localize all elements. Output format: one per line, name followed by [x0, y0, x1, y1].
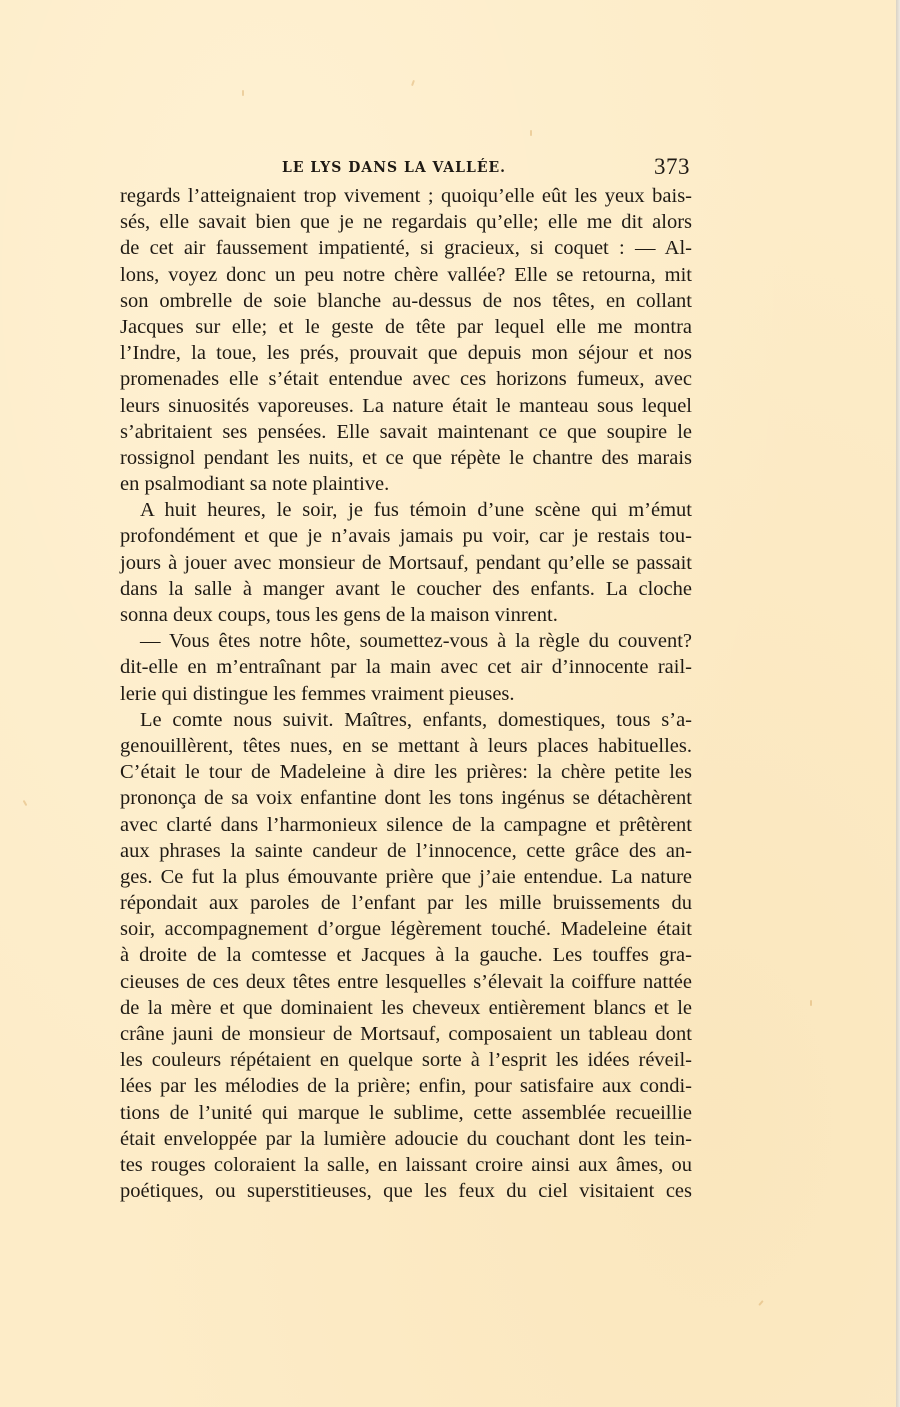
text-line: tes rouges coloraient la salle, en laiss… — [120, 1152, 692, 1178]
text-line-content: dit-elle en m’entraînant par la main ave… — [120, 654, 692, 680]
text-line-content: sonna deux coups, tous les gens de la ma… — [120, 602, 692, 628]
text-line-content: était enveloppée par la lumière adoucie … — [120, 1126, 692, 1152]
text-line-content: leurs sinuosités vaporeuses. La nature é… — [120, 393, 692, 419]
text-line: promenades elle s’était entendue avec ce… — [120, 366, 692, 392]
text-line-content: de cet air faussement impatienté, si gra… — [120, 235, 692, 261]
text-line-content: aux phrases la sainte candeur de l’innoc… — [120, 838, 692, 864]
text-line-content: regards l’atteignaient trop vivement ; q… — [120, 183, 692, 209]
text-line: à droite de la comtesse et Jacques à la … — [120, 942, 692, 968]
text-line: rossignol pendant les nuits, et ce que r… — [120, 445, 692, 471]
text-line-content: prononça de sa voix enfantine dont les t… — [120, 785, 692, 811]
text-line: tions de l’unité qui marque le sublime, … — [120, 1100, 692, 1126]
text-line: de cet air faussement impatienté, si gra… — [120, 235, 692, 261]
text-line: soir, accompagnement d’orgue légèrement … — [120, 916, 692, 942]
text-line: — Vous êtes notre hôte, soumettez-vous à… — [120, 628, 692, 654]
text-line-content: Le comte nous suivit. Maîtres, enfants, … — [140, 707, 692, 733]
text-line: genouillèrent, têtes nues, en se mettant… — [120, 733, 692, 759]
text-line: lées par les mélodies de la prière; enfi… — [120, 1073, 692, 1099]
text-line: lons, voyez donc un peu notre chère vall… — [120, 262, 692, 288]
text-line: prononça de sa voix enfantine dont les t… — [120, 785, 692, 811]
text-line: avec clarté dans l’harmonieux silence de… — [120, 812, 692, 838]
text-line-content: A huit heures, le soir, je fus témoin d’… — [140, 497, 692, 523]
text-line-content: avec clarté dans l’harmonieux silence de… — [120, 812, 692, 838]
text-line-content: crâne jauni de monsieur de Mortsauf, com… — [120, 1021, 692, 1047]
text-line-content: C’était le tour de Madeleine à dire les … — [120, 759, 692, 785]
text-line: C’était le tour de Madeleine à dire les … — [120, 759, 692, 785]
text-line: de la mère et que dominaient les cheveux… — [120, 995, 692, 1021]
paper-fleck — [411, 80, 415, 86]
text-line-content: cieuses de ces deux têtes entre lesquell… — [120, 969, 692, 995]
text-line-content: jours à jouer avec monsieur de Mortsauf,… — [120, 550, 692, 576]
text-line: aux phrases la sainte candeur de l’innoc… — [120, 838, 692, 864]
text-line-content: genouillèrent, têtes nues, en se mettant… — [120, 733, 692, 759]
text-line: dit-elle en m’entraînant par la main ave… — [120, 654, 692, 680]
text-line: était enveloppée par la lumière adoucie … — [120, 1126, 692, 1152]
page-number: 373 — [654, 154, 690, 180]
book-page: LE LYS DANS LA VALLÉE. 373 regards l’att… — [0, 0, 896, 1407]
text-line-content: Jacques sur elle; et le geste de tête pa… — [120, 314, 692, 340]
text-line-content: sés, elle savait bien que je ne regardai… — [120, 209, 692, 235]
text-line-content: dans la salle à manger avant le coucher … — [120, 576, 692, 602]
text-line-content: lées par les mélodies de la prière; enfi… — [120, 1073, 692, 1099]
text-line-content: en psalmodiant sa note plaintive. — [120, 471, 692, 497]
text-line: crâne jauni de monsieur de Mortsauf, com… — [120, 1021, 692, 1047]
text-line-content: soir, accompagnement d’orgue légèrement … — [120, 916, 692, 942]
text-line-content: lerie qui distingue les femmes vraiment … — [120, 681, 692, 707]
text-line: Le comte nous suivit. Maîtres, enfants, … — [120, 707, 692, 733]
paper-fleck — [810, 1000, 812, 1006]
text-line: ges. Ce fut la plus émouvante prière que… — [120, 864, 692, 890]
text-line: en psalmodiant sa note plaintive. — [120, 471, 692, 497]
text-line-content: son ombrelle de soie blanche au-dessus d… — [120, 288, 692, 314]
text-line: sonna deux coups, tous les gens de la ma… — [120, 602, 692, 628]
text-line-content: tions de l’unité qui marque le sublime, … — [120, 1100, 692, 1126]
text-line: l’Indre, la toue, les prés, prouvait que… — [120, 340, 692, 366]
paper-fleck — [242, 90, 244, 96]
text-line: dans la salle à manger avant le coucher … — [120, 576, 692, 602]
text-line: regards l’atteignaient trop vivement ; q… — [120, 183, 692, 209]
page-edge — [896, 0, 900, 1407]
text-line-content: promenades elle s’était entendue avec ce… — [120, 366, 692, 392]
text-line: A huit heures, le soir, je fus témoin d’… — [120, 497, 692, 523]
text-line: s’abritaient ses pensées. Elle savait ma… — [120, 419, 692, 445]
text-line: sés, elle savait bien que je ne regardai… — [120, 209, 692, 235]
text-line: jours à jouer avec monsieur de Mortsauf,… — [120, 550, 692, 576]
running-title: LE LYS DANS LA VALLÉE. — [282, 158, 506, 176]
text-line: poétiques, ou superstitieuses, que les f… — [120, 1178, 692, 1204]
body-text: regards l’atteignaient trop vivement ; q… — [120, 183, 692, 1204]
running-head: LE LYS DANS LA VALLÉE. 373 — [120, 156, 692, 180]
text-line-content: l’Indre, la toue, les prés, prouvait que… — [120, 340, 692, 366]
text-line: lerie qui distingue les femmes vraiment … — [120, 681, 692, 707]
text-line-content: s’abritaient ses pensées. Elle savait ma… — [120, 419, 692, 445]
text-line: les couleurs répétaient en quelque sorte… — [120, 1047, 692, 1073]
paper-fleck — [758, 1300, 763, 1306]
text-line-content: — Vous êtes notre hôte, soumettez-vous à… — [140, 628, 692, 654]
text-line-content: lons, voyez donc un peu notre chère vall… — [120, 262, 692, 288]
text-line-content: poétiques, ou superstitieuses, que les f… — [120, 1178, 692, 1204]
text-line: leurs sinuosités vaporeuses. La nature é… — [120, 393, 692, 419]
text-line-content: ges. Ce fut la plus émouvante prière que… — [120, 864, 692, 890]
text-line: son ombrelle de soie blanche au-dessus d… — [120, 288, 692, 314]
text-line: profondément et que je n’avais jamais pu… — [120, 523, 692, 549]
text-line-content: répondait aux paroles de l’enfant par le… — [120, 890, 692, 916]
text-line: cieuses de ces deux têtes entre lesquell… — [120, 969, 692, 995]
text-line-content: de la mère et que dominaient les cheveux… — [120, 995, 692, 1021]
text-line: Jacques sur elle; et le geste de tête pa… — [120, 314, 692, 340]
text-line-content: tes rouges coloraient la salle, en laiss… — [120, 1152, 692, 1178]
text-line-content: rossignol pendant les nuits, et ce que r… — [120, 445, 692, 471]
paper-fleck — [530, 130, 532, 136]
paper-fleck — [23, 800, 28, 806]
text-line: répondait aux paroles de l’enfant par le… — [120, 890, 692, 916]
text-line-content: les couleurs répétaient en quelque sorte… — [120, 1047, 692, 1073]
text-line-content: à droite de la comtesse et Jacques à la … — [120, 942, 692, 968]
text-line-content: profondément et que je n’avais jamais pu… — [120, 523, 692, 549]
